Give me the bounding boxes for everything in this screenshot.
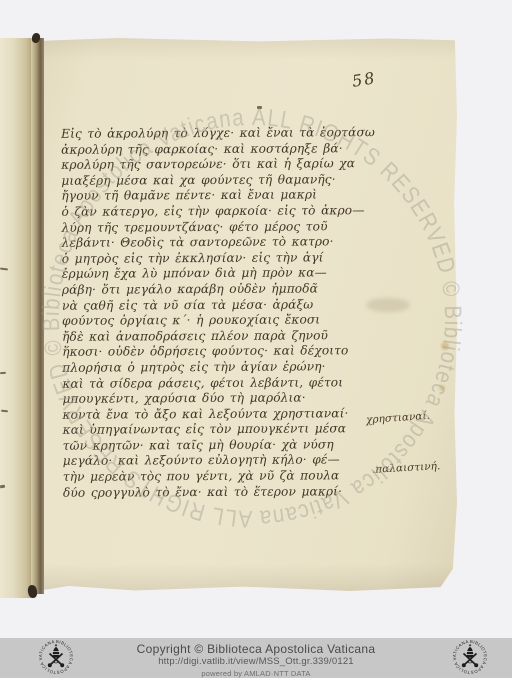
manuscript-line: φούντος ὀργίαις κ΄· ἡ ρουκοχίαις ἔκοσι xyxy=(62,312,362,329)
manuscript-line: πλορήσια ὁ μητρὸς εἰς τὴν ἁγίαν ἐρώνη· xyxy=(62,359,362,376)
foxing-spot xyxy=(441,342,449,350)
manuscript-line: ἀκρολύρη τῆς φαρκοίας· καὶ κοστάρηξε βά· xyxy=(61,141,361,158)
manuscript-line: δύο ςρογγυλὸ τὸ ἔνα· καὶ τὸ ἕτερον μακρί… xyxy=(63,484,363,501)
manuscript-line: λεβάντι· Θεοδὶς τὰ σαντορεῶνε τὸ κατρο· xyxy=(62,234,362,251)
manuscript-page: 58 Εἰς τὸ ἀκρολύρη τὸ λόγχε· καὶ ἔναι τὰ… xyxy=(44,38,457,591)
manuscript-line: καὶ τὰ σίδερα ράσεις, φέτοι λεβάντι, φέτ… xyxy=(62,375,362,392)
folio-number: 58 xyxy=(351,68,378,91)
manuscript-line: ὁ μητρὸς εἰς τὴν ἐκκλησίαν· εἰς τὴν ἁγί xyxy=(62,250,362,267)
ink-bleed-mark xyxy=(1,410,8,413)
vatican-seal-left: BIBLIOTECA APOSTOLICA VATICANA xyxy=(37,638,75,676)
footer-bar: Copyright © Biblioteca Apostolica Vatica… xyxy=(0,638,512,678)
manuscript-line: καὶ ὑπηγαίνωντας εἰς τὸν μπουγκέντι μέσα xyxy=(63,421,363,438)
manuscript-line: κρολύρη τῆς σαντορεώνε· ὅτι καὶ ἡ ξαρίω … xyxy=(61,156,361,173)
manuscript-line: Εἰς τὸ ἀκρολύρη τὸ λόγχε· καὶ ἔναι τὰ ἑο… xyxy=(61,125,361,142)
manuscript-line: ἥκοσι· οὐδὲν ὁδρήσεις φούντος· καὶ δέχοι… xyxy=(62,344,362,361)
foxing-spot xyxy=(439,385,445,391)
papal-tiara-keys-icon xyxy=(48,644,64,667)
margin-note: χρηστιαναί. xyxy=(366,410,431,426)
paper-smudge xyxy=(366,298,410,312)
footer-copyright: Copyright © Biblioteca Apostolica Vatica… xyxy=(0,638,512,656)
book-gutter xyxy=(31,38,44,594)
manuscript-line: τῶν κρητῶν· καὶ ταῖς μὴ θουρία· χὰ νύση xyxy=(63,437,363,454)
manuscript-line: λύρη τῆς τρεμουντζάνας· φέτο μέρος τοῦ xyxy=(62,219,362,236)
ink-bleed-mark xyxy=(0,372,6,375)
manuscript-line: ὁ ζὰν κάτεργο, εἰς τὴν φαρκοία· εἰς τὸ ἀ… xyxy=(61,203,361,220)
manuscript-line: τὴν μερεὰν τὸς που γέντι, χὰ νῦ ζὰ πουλα xyxy=(63,468,363,485)
powered-by-label: powered by AMLAD·NTT DATA xyxy=(0,669,512,678)
manuscript-line: νὰ ςαθῆ εἰς τὰ νῦ σία τὰ μέσα· ἀράξω xyxy=(62,297,362,314)
vatican-seal-right: BIBLIOTECA APOSTOLICA VATICANA xyxy=(451,638,489,676)
manuscript-line: ράβη· ὅτι μεγάλο καράβη οὐδὲν ἠμποδᾶ xyxy=(62,281,362,298)
ink-bleed-mark xyxy=(0,485,5,489)
manuscript-url: http://digi.vatlib.it/view/MSS_Ott.gr.33… xyxy=(0,656,512,667)
margin-note: .παλαιστινή. xyxy=(372,460,441,476)
papal-tiara-keys-icon xyxy=(462,644,478,667)
scan-viewport: 58 Εἰς τὸ ἀκρολύρη τὸ λόγχε· καὶ ἔναι τὰ… xyxy=(0,0,512,678)
manuscript-line: ἐρμώνη ἔχα λὺ μπόναν διὰ μὴ πρὸν κα— xyxy=(62,266,362,283)
ink-speck xyxy=(257,106,262,109)
manuscript-line: μπουγκέντι, χαρύσια δύο τὴ μαρόλια· xyxy=(62,390,362,407)
facing-page-edge xyxy=(0,38,31,598)
manuscript-line: ἤδὲ καὶ ἀναποδράσεις πλέον παρὰ ζηνοῦ xyxy=(62,328,362,345)
ink-bleed-mark xyxy=(0,267,8,270)
manuscript-line: ἤγουν τῆ θαμᾶνε πέντε· καὶ ἔναι μακρὶ xyxy=(61,188,361,205)
manuscript-line: μεγάλο· καὶ λεξούντο εὐλογητὴ κήλο· φέ— xyxy=(63,453,363,470)
manuscript-line: μιαξέρη μέσα καὶ χα φούντες τῆ θαμανῆς· xyxy=(61,172,361,189)
manuscript-text-block: Εἰς τὸ ἀκρολύρη τὸ λόγχε· καὶ ἔναι τὰ ἑο… xyxy=(61,125,363,501)
